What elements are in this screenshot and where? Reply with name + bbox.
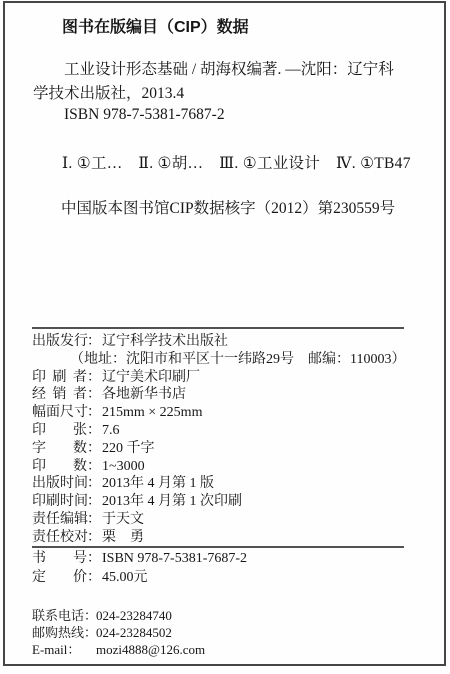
- publication-info: 出版发行：辽宁科学技术出版社 （地址：沈阳市和平区十一纬路29号 邮编：1100…: [32, 333, 405, 547]
- info-row-dimensions: 幅面尺寸：215mm × 225mm: [32, 404, 405, 422]
- row-label: 印刷者: [32, 369, 87, 387]
- book-number-price: 书号：ISBN 978-7-5381-7687-2 定价：45.00元: [32, 550, 247, 587]
- classification-line: Ⅰ. ①工… Ⅱ. ①胡… Ⅲ. ①工业设计 Ⅳ. ①TB47: [62, 151, 411, 173]
- row-value: 各地新华书店: [102, 387, 186, 402]
- info-row-printdate: 印刷时间：2013年 4 月第 1 次印刷: [32, 493, 405, 511]
- info-row-printrun: 印数：1~3000: [32, 458, 405, 476]
- info-row-proofreader: 责任校对：栗 勇: [32, 529, 405, 547]
- row-value: 栗 勇: [102, 530, 144, 545]
- contact-row-phone: 联系电话：024-23284740: [32, 608, 205, 625]
- row-colon: ：: [87, 530, 101, 545]
- row-colon: ：: [87, 405, 101, 420]
- row-value: 7.6: [102, 423, 120, 438]
- info-row-publisher: 出版发行：辽宁科学技术出版社: [32, 333, 405, 351]
- row-label: 出版发行: [32, 333, 87, 351]
- row-value: 45.00元: [102, 570, 148, 585]
- row-label: 书号: [32, 550, 87, 569]
- info-row-wordcount: 字数：220 千字: [32, 440, 405, 458]
- row-value: 024-23284502: [96, 625, 172, 640]
- row-colon: ：: [87, 494, 101, 509]
- row-value: 辽宁科学技术出版社: [102, 334, 228, 349]
- row-value: ISBN 978-7-5381-7687-2: [102, 551, 247, 566]
- copyright-page: 图书在版编目（CIP）数据 工业设计形态基础 / 胡海权编著. —沈阳：辽宁科 …: [0, 0, 450, 674]
- row-value: 2013年 4 月第 1 版: [102, 476, 214, 491]
- row-value: 辽宁美术印刷厂: [102, 370, 200, 385]
- row-value: 于天文: [102, 512, 144, 527]
- cip-book-line-2: 学技术出版社，2013.4: [33, 81, 184, 103]
- row-label: 联系电话: [32, 608, 84, 623]
- row-label: 定价: [32, 569, 87, 588]
- info-row-price: 定价：45.00元: [32, 569, 247, 588]
- row-colon: ：: [87, 423, 101, 438]
- address-value: （地址：沈阳市和平区十一纬路29号 邮编：110003）: [70, 352, 405, 367]
- info-row-booknumber: 书号：ISBN 978-7-5381-7687-2: [32, 550, 247, 569]
- isbn-line: ISBN 978-7-5381-7687-2: [64, 106, 225, 124]
- info-row-sheets: 印张：7.6: [32, 422, 405, 440]
- row-colon: ：: [87, 570, 101, 585]
- row-label: 邮购热线: [32, 625, 84, 640]
- divider-bottom: [32, 546, 404, 548]
- row-colon: ：: [87, 370, 101, 385]
- row-value: 215mm × 225mm: [102, 405, 202, 420]
- row-colon: ：: [87, 334, 101, 349]
- row-label: 责任编辑: [32, 511, 87, 529]
- row-colon: ：: [67, 642, 80, 657]
- row-label: 责任校对: [32, 529, 87, 547]
- row-label: 印刷时间: [32, 493, 87, 511]
- row-colon: ：: [87, 459, 101, 474]
- row-colon: ：: [87, 387, 101, 402]
- info-row-address: （地址：沈阳市和平区十一纬路29号 邮编：110003）: [32, 351, 405, 369]
- row-colon: ：: [87, 512, 101, 527]
- row-label: 经销者: [32, 386, 87, 404]
- row-colon: ：: [87, 441, 101, 456]
- row-value: mozi4888@126.com: [96, 642, 205, 657]
- info-row-editor: 责任编辑：于天文: [32, 511, 405, 529]
- cip-record-number: 中国版本图书馆CIP数据核字（2012）第230559号: [61, 196, 395, 218]
- contact-row-email: E-mail：mozi4888@126.com: [32, 642, 205, 659]
- info-row-printer: 印刷者：辽宁美术印刷厂: [32, 369, 405, 387]
- info-row-distributor: 经销者：各地新华书店: [32, 386, 405, 404]
- contact-row-mailorder: 邮购热线：024-23284502: [32, 625, 205, 642]
- row-colon: ：: [87, 476, 101, 491]
- contact-info: 联系电话：024-23284740 邮购热线：024-23284502 E-ma…: [32, 608, 205, 658]
- row-label: 印数: [32, 458, 87, 476]
- row-label: E-mail: [32, 642, 67, 657]
- row-label: 幅面尺寸: [32, 404, 87, 422]
- row-label: 字数: [32, 440, 87, 458]
- row-value: 1~3000: [102, 459, 145, 474]
- info-row-pubdate: 出版时间：2013年 4 月第 1 版: [32, 475, 405, 493]
- row-value: 2013年 4 月第 1 次印刷: [102, 494, 242, 509]
- row-value: 024-23284740: [96, 608, 172, 623]
- row-label: 出版时间: [32, 475, 87, 493]
- row-value: 220 千字: [102, 441, 155, 456]
- row-colon: ：: [87, 551, 101, 566]
- divider-top: [32, 327, 404, 329]
- cip-book-line-1: 工业设计形态基础 / 胡海权编著. —沈阳：辽宁科: [64, 57, 394, 79]
- cip-header: 图书在版编目（CIP）数据: [62, 14, 249, 37]
- row-label: 印张: [32, 422, 87, 440]
